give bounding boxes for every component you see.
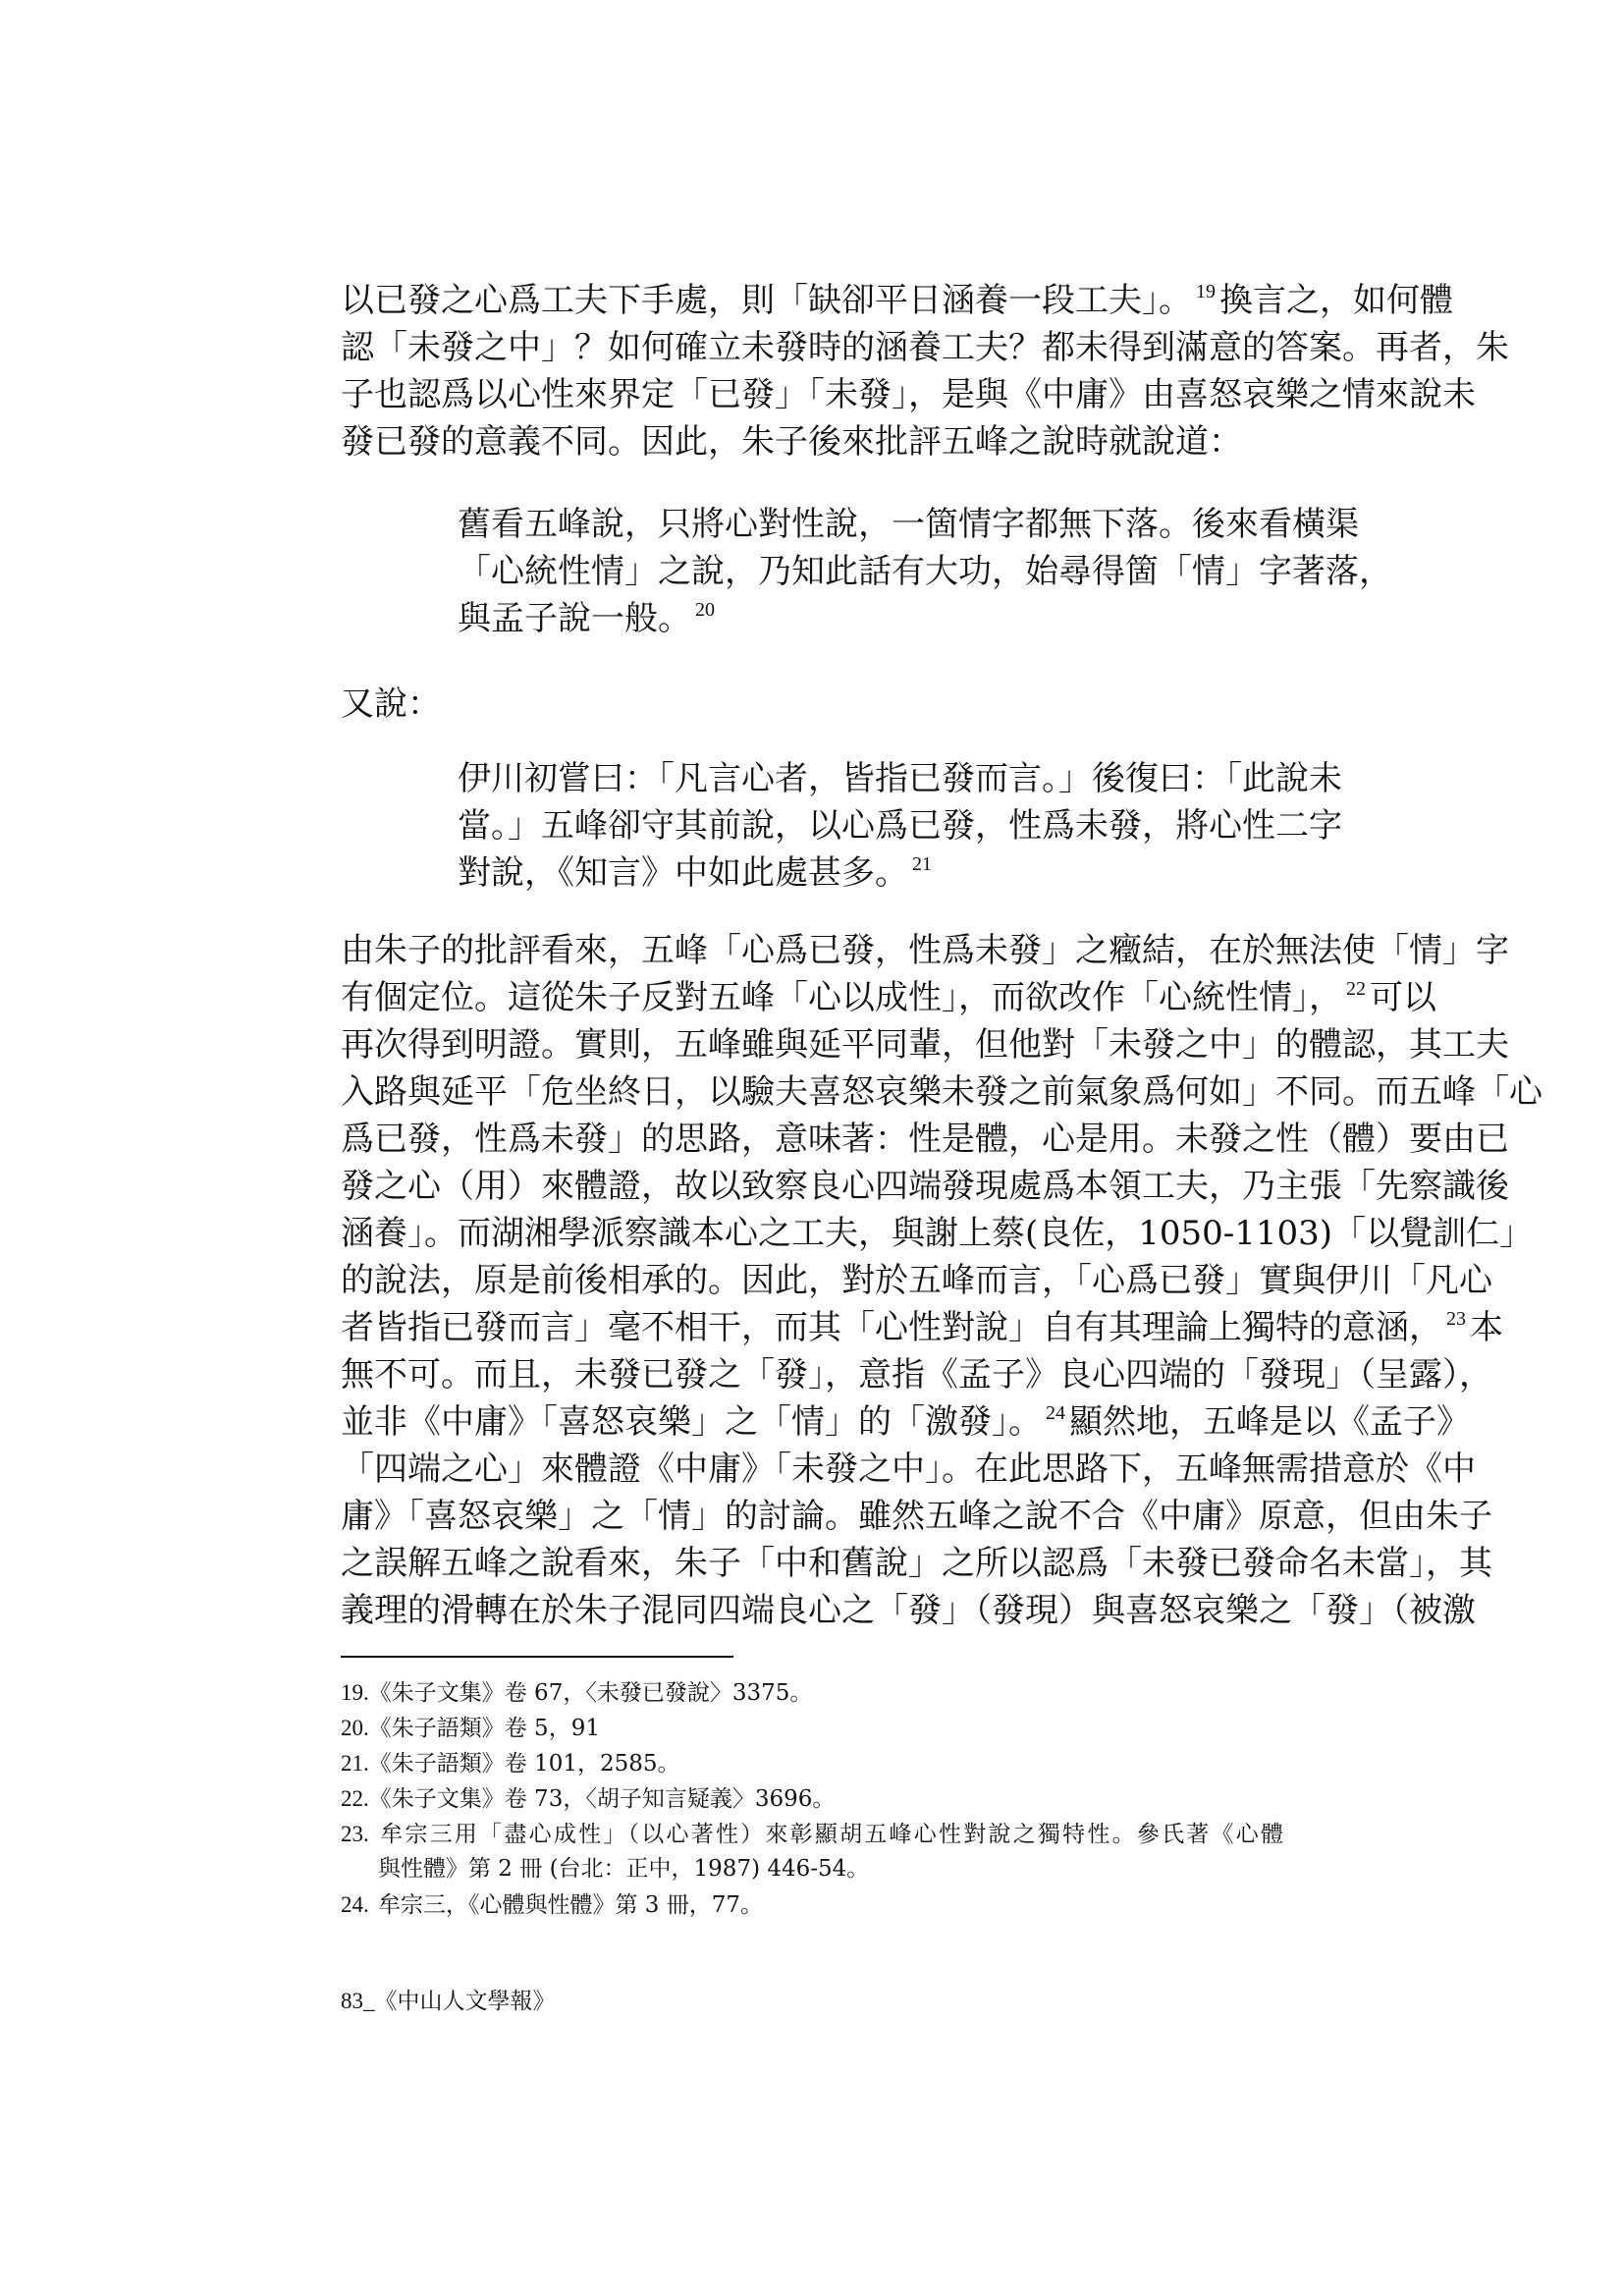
- block-quote-1-line-3: 與孟子說一般。20: [458, 602, 1206, 635]
- paragraph-2-line-8: 的說法，原是前後相承的。因此，對於五峰而言，「心爲已發」實與伊川「凡心: [341, 1264, 1283, 1297]
- paragraph-2-line-13: 庸》「喜怒哀樂」之「情」的討論。雖然五峰之說不合《中庸》原意，但由朱子: [341, 1500, 1283, 1533]
- block-quote-2-line-2: 當。」五峰卻守其前說，以心爲已發，性爲未發，將心性二字: [458, 809, 1206, 843]
- footnote-number: 22.: [341, 1787, 369, 1810]
- paragraph-2-line-5: 爲已發，性爲未發」的思路，意味著：性是體，心是用。未發之性（體）要由已: [341, 1122, 1283, 1156]
- footnote-number: 23.: [341, 1823, 378, 1845]
- page-footer: 83_《中山人文學報》: [341, 1990, 556, 2013]
- paragraph-2-line-15: 義理的滑轉在於朱子混同四端良心之「發」（發現）與喜怒哀樂之「發」（被激: [341, 1594, 1283, 1627]
- footnote-number: 19.: [341, 1681, 369, 1704]
- paragraph-2-line-14: 之誤解五峰之說看來，朱子「中和舊說」之所以認爲「未發已發命名未當」，其: [341, 1547, 1283, 1580]
- footnote-24: 24.牟宗三，《心體與性體》第 3 冊，77。: [341, 1893, 763, 1917]
- footnote-number: 24.: [341, 1893, 378, 1916]
- footnote-23-continuation: 與性體》第 2 冊 (台北：正中，1987) 446-54。: [378, 1858, 869, 1881]
- paragraph-2-line-7: 涵養」。而湖湘學派察識本心之工夫，與謝上蔡(良佐，1050-1103)「以覺訓仁…: [341, 1217, 1283, 1250]
- block-quote-2-line-3: 對說，《知言》中如此處甚多。21: [458, 856, 1206, 890]
- paragraph-2-line-6: 發之心（用）來體證，故以致察良心四端發現處爲本領工夫，乃主張「先察識後: [341, 1170, 1283, 1203]
- footnote-23: 23.牟宗三用「盡心成性」（以心著性）來彰顯胡五峰心性對說之獨特性。參氏著《心體: [341, 1823, 1283, 1846]
- footnote-ref-24[interactable]: 24: [1046, 1402, 1065, 1424]
- footnote-ref-21[interactable]: 21: [912, 853, 932, 875]
- paragraph-2-line-11: 並非《中庸》「喜怒哀樂」之「情」的「激發」。24顯然地，五峰是以《孟子》: [341, 1405, 1283, 1439]
- footnote-number: 20.: [341, 1717, 369, 1739]
- footnote-separator: [341, 1656, 733, 1658]
- block-quote-2-line-1: 伊川初嘗曰：「凡言心者，皆指已發而言。」後復曰：「此說未: [458, 762, 1206, 795]
- block-quote-1-line-2: 「心統性情」之說，乃知此話有大功，始尋得箇「情」字著落，: [458, 555, 1206, 588]
- footnote-ref-20[interactable]: 20: [695, 599, 715, 621]
- paragraph-1-line-1: 以已發之心爲工夫下手處，則「缺卻平日涵養一段工夫」。19換言之，如何體: [341, 284, 1283, 317]
- paragraph-2-line-2: 有個定位。這從朱子反對五峰「心以成性」，而欲改作「心統性情」，22可以: [341, 981, 1283, 1014]
- footnote-ref-23[interactable]: 23: [1446, 1308, 1466, 1330]
- paragraph-1-line-4: 發已發的意義不同。因此，朱子後來批評五峰之說時就說道：: [341, 425, 1283, 459]
- journal-title: 《中山人文學報》: [375, 1989, 556, 2014]
- paragraph-2-line-12: 「四端之心」來體證《中庸》「未發之中」。在此思路下，五峰無需措意於《中: [341, 1452, 1283, 1486]
- footnote-number: 21.: [341, 1752, 369, 1775]
- paragraph-2-line-10: 無不可。而且，未發已發之「發」，意指《孟子》良心四端的「發現」（呈露），: [341, 1358, 1283, 1392]
- paragraph-1-line-3: 子也認爲以心性來界定「已發」「未發」，是與《中庸》由喜怒哀樂之情來說未: [341, 378, 1283, 411]
- paragraph-2-line-4: 入路與延平「危坐終日，以驗夫喜怒哀樂未發之前氣象爲何如」不同。而五峰「心: [341, 1075, 1283, 1109]
- footnote-ref-22[interactable]: 22: [1346, 978, 1366, 1000]
- footnote-21: 21.《朱子語類》卷 101，2585。: [341, 1752, 680, 1776]
- paragraph-2-line-3: 再次得到明證。實則，五峰雖與延平同輩，但他對「未發之中」的體認，其工夫: [341, 1028, 1283, 1062]
- block-quote-1-line-1: 舊看五峰說，只將心對性說，一箇情字都無下落。後來看橫渠: [458, 508, 1206, 541]
- footnote-22: 22.《朱子文集》卷 73，〈胡子知言疑義〉3696。: [341, 1787, 835, 1811]
- page-number: 83_: [341, 1989, 375, 2013]
- footnote-20: 20.《朱子語類》卷 5，91: [341, 1717, 600, 1740]
- footnote-19: 19.《朱子文集》卷 67，〈未發已發說〉3375。: [341, 1681, 812, 1705]
- paragraph-2-line-9: 者皆指已發而言」毫不相干，而其「心性對說」自有其理論上獨特的意涵，23本: [341, 1311, 1283, 1344]
- paragraph-1-line-2: 認「未發之中」？如何確立未發時的涵養工夫？都未得到滿意的答案。再者，朱: [341, 331, 1283, 364]
- document-page: 以已發之心爲工夫下手處，則「缺卻平日涵養一段工夫」。19換言之，如何體 認「未發…: [0, 0, 1623, 2296]
- footnote-ref-19[interactable]: 19: [1196, 281, 1216, 302]
- paragraph-2-line-1: 由朱子的批評看來，五峰「心爲已發，性爲未發」之癥結，在於無法使「情」字: [341, 934, 1283, 967]
